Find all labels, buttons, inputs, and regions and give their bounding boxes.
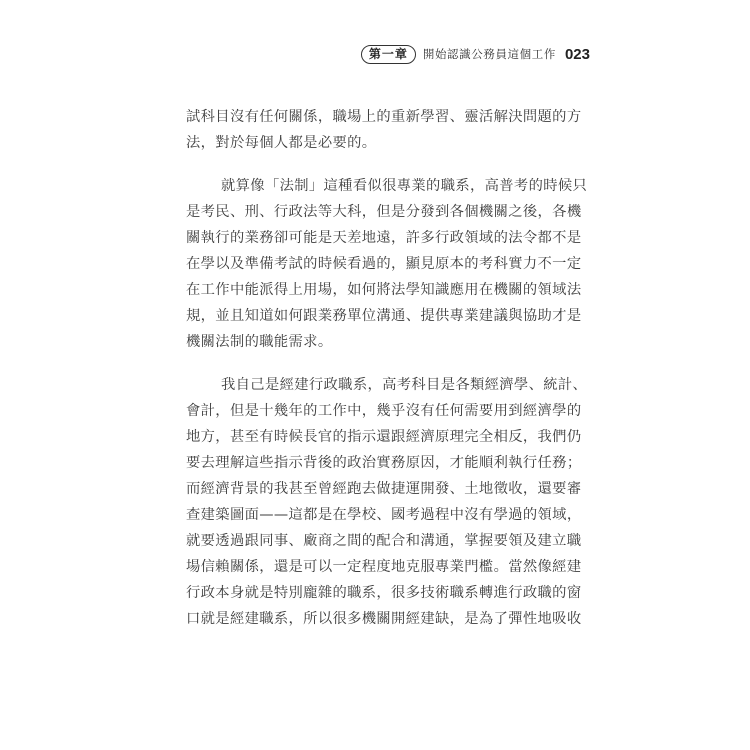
page-number: 023 [565, 46, 590, 63]
text-line: 場信賴關係，還是可以一定程度地克服專業門檻。當然像經建 [186, 554, 564, 580]
paragraph-3: 我自己是經建行政職系，高考科目是各類經濟學、統計、 會計，但是十幾年的工作中，幾… [186, 372, 564, 632]
text-line: 規，並且知道如何跟業務單位溝通、提供專業建議與協助才是 [186, 303, 564, 329]
text-line: 行政本身就是特別龐雜的職系，很多技術職系轉進行政職的窗 [186, 580, 564, 606]
paragraph-1: 試科目沒有任何關係，職場上的重新學習、靈活解決問題的方 法，對於每個人都是必要的… [186, 104, 564, 156]
chapter-title: 開始認識公務員這個工作 [423, 46, 556, 62]
text-line: 就算像「法制」這種看似很專業的職系，高普考的時候只 [186, 173, 564, 199]
text-line: 法，對於每個人都是必要的。 [186, 130, 564, 156]
text-line: 機關法制的職能需求。 [186, 329, 564, 355]
text-line: 會計，但是十幾年的工作中，幾乎沒有任何需要用到經濟學的 [186, 398, 564, 424]
text-line: 試科目沒有任何關係，職場上的重新學習、靈活解決問題的方 [186, 104, 564, 130]
text-line: 關執行的業務卻可能是天差地遠，許多行政領域的法令都不是 [186, 225, 564, 251]
text-line: 地方，甚至有時候長官的指示還跟經濟原理完全相反，我們仍 [186, 424, 564, 450]
text-line: 就要透過跟同事、廠商之間的配合和溝通，掌握要領及建立職 [186, 528, 564, 554]
text-line: 在工作中能派得上用場，如何將法學知識應用在機關的領域法 [186, 277, 564, 303]
text-line: 我自己是經建行政職系，高考科目是各類經濟學、統計、 [186, 372, 564, 398]
text-line: 口就是經建職系，所以很多機關開經建缺，是為了彈性地吸收 [186, 606, 564, 632]
text-line: 在學以及準備考試的時候看過的，顯見原本的考科實力不一定 [186, 251, 564, 277]
paragraph-2: 就算像「法制」這種看似很專業的職系，高普考的時候只 是考民、刑、行政法等大科，但… [186, 173, 564, 355]
chapter-badge: 第一章 [361, 45, 416, 64]
text-line: 要去理解這些指示背後的政治實務原因，才能順利執行任務； [186, 450, 564, 476]
body-text: 試科目沒有任何關係，職場上的重新學習、靈活解決問題的方 法，對於每個人都是必要的… [186, 104, 564, 649]
running-header: 第一章 開始認識公務員這個工作 023 [361, 44, 590, 64]
text-line: 而經濟背景的我甚至曾經跑去做捷運開發、土地徵收，還要審 [186, 476, 564, 502]
text-line: 是考民、刑、行政法等大科，但是分發到各個機關之後，各機 [186, 199, 564, 225]
text-line: 查建築圖面——這都是在學校、國考過程中沒有學過的領域， [186, 502, 564, 528]
